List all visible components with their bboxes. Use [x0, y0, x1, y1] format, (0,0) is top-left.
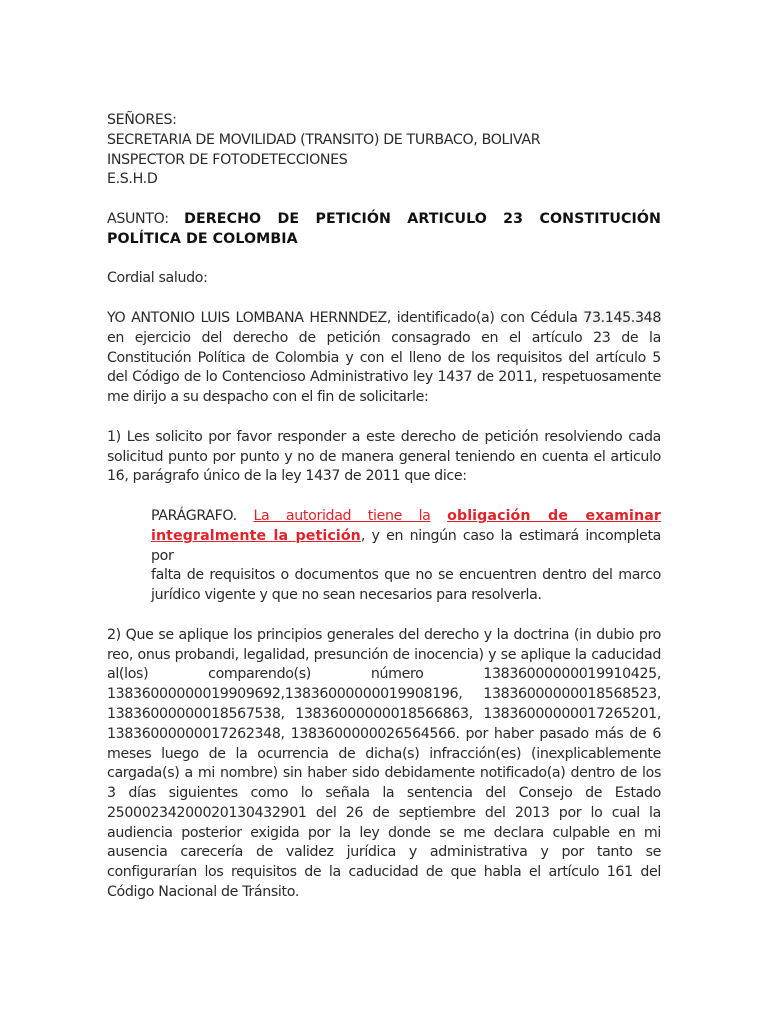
point-2-line: configurarían los requisitos de la caduc…: [107, 863, 661, 883]
quote-label: PARÁGRAFO.: [151, 508, 237, 524]
intro-paragraph: YO ANTONIO LUIS LOMBANA HERNNDEZ, identi…: [107, 309, 661, 408]
subject-label: ASUNTO:: [107, 211, 169, 227]
point-1-line: solicitud punto por punto y no de manera…: [107, 448, 661, 468]
intro-line: Constitución Política de Colombia y con …: [107, 349, 661, 369]
point-2-line: 25000234200020130432901 del 26 de septie…: [107, 804, 661, 824]
recipient-line: SEÑORES:: [107, 111, 661, 131]
quoted-paragraph: PARÁGRAFO. La autoridad tiene la obligac…: [151, 507, 661, 606]
point-2-line: ausencia carecería de validez jurídica y…: [107, 843, 661, 863]
point-2: 2) Que se aplique los principios general…: [107, 626, 661, 903]
quote-line-3: falta de requisitos o documentos que no …: [151, 566, 661, 586]
point-2-line: reo, onus probandi, legalidad, presunció…: [107, 646, 661, 666]
point-2-line: 3 días siguientes como lo señala la sent…: [107, 784, 661, 804]
recipients-block: SEÑORES: SECRETARIA DE MOVILIDAD (TRANSI…: [107, 111, 661, 190]
quote-red-bold: obligación de examinar: [447, 508, 661, 524]
point-1: 1) Les solicito por favor responder a es…: [107, 428, 661, 487]
recipient-line: E.S.H.D: [107, 170, 661, 190]
quote-line-2: integralmente la petición, y en ningún c…: [151, 527, 661, 567]
point-2-line: 13836000000019909692,1383600000001990819…: [107, 685, 661, 705]
point-1-line: 16, parágrafo único de la ley 1437 de 20…: [107, 467, 661, 487]
quote-line-1: PARÁGRAFO. La autoridad tiene la obligac…: [151, 507, 661, 527]
point-2-line: meses luego de la ocurrencia de dicha(s)…: [107, 745, 661, 765]
recipient-line: SECRETARIA DE MOVILIDAD (TRANSITO) DE TU…: [107, 131, 661, 151]
subject-line-1: ASUNTO: DERECHO DE PETICIÓN ARTICULO 23 …: [107, 210, 661, 230]
point-2-line: cargada(s) a mi nombre) sin haber sido d…: [107, 764, 661, 784]
subject-line-2: POLÍTICA DE COLOMBIA: [107, 230, 661, 250]
intro-line: del Código de lo Contencioso Administrat…: [107, 368, 661, 388]
subject-title: DERECHO DE PETICIÓN ARTICULO 23 CONSTITU…: [184, 211, 661, 227]
intro-line: YO ANTONIO LUIS LOMBANA HERNNDEZ, identi…: [107, 309, 661, 329]
quote-line-4: jurídico vigente y que no sean necesario…: [151, 586, 661, 606]
point-2-last-line: Código Nacional de Tránsito.: [107, 883, 661, 903]
point-2-line: audiencia posterior exigida por la ley d…: [107, 824, 661, 844]
document-page: SEÑORES: SECRETARIA DE MOVILIDAD (TRANSI…: [107, 111, 661, 903]
id-number: 73.145.348: [583, 310, 661, 326]
point-2-line: 13836000000017262348, 138360000002656456…: [107, 725, 661, 745]
quote-red-bold: integralmente la petición: [151, 528, 361, 544]
intro-lead: YO ANTONIO LUIS LOMBANA HERNNDEZ, identi…: [107, 310, 583, 326]
intro-line: me dirijo a su despacho con el fin de so…: [107, 388, 661, 408]
subject-block: ASUNTO: DERECHO DE PETICIÓN ARTICULO 23 …: [107, 210, 661, 250]
point-2-line: 13836000000018567538, 138360000000185668…: [107, 705, 661, 725]
intro-line: en ejercicio del derecho de petición con…: [107, 329, 661, 349]
greeting: Cordial saludo:: [107, 269, 661, 289]
point-1-line: 1) Les solicito por favor responder a es…: [107, 428, 661, 448]
quote-red-text: La autoridad tiene la: [253, 508, 430, 524]
point-2-line: al(los) comparendo(s) número 13836000000…: [107, 665, 661, 685]
recipient-line: INSPECTOR DE FOTODETECCIONES: [107, 151, 661, 171]
point-2-line: 2) Que se aplique los principios general…: [107, 626, 661, 646]
